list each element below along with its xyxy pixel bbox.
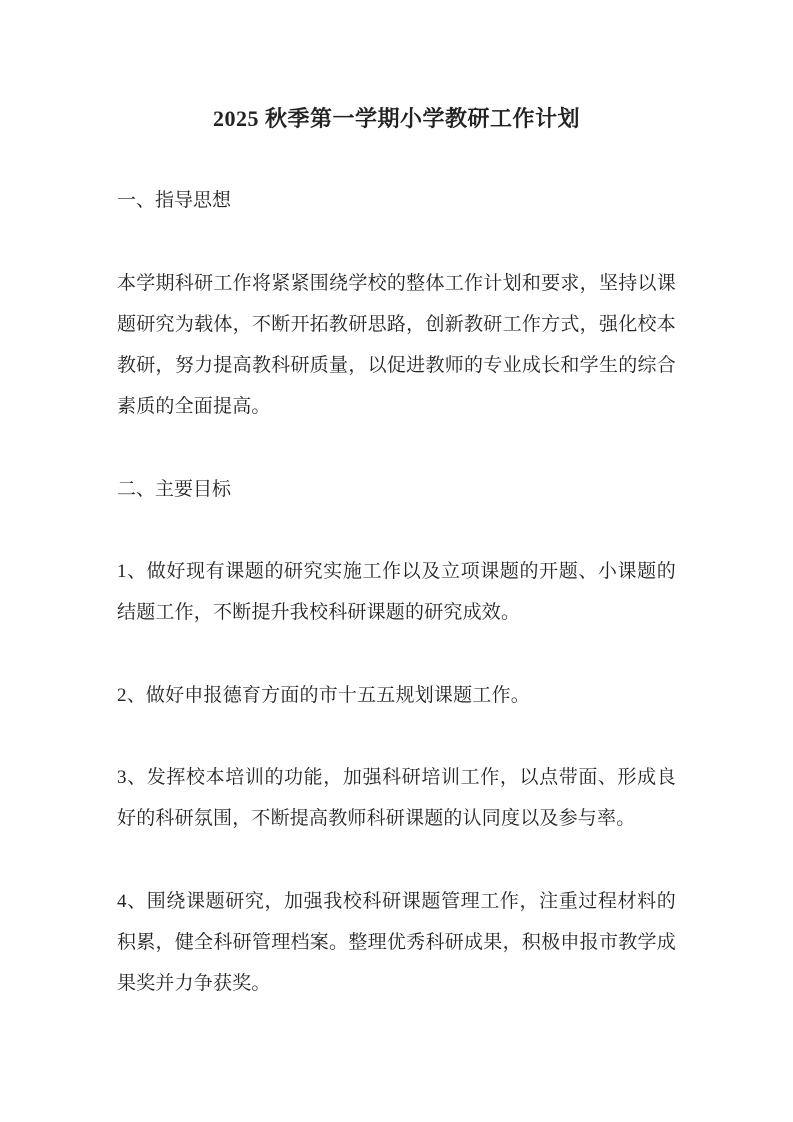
goal-item-3: 3、发挥校本培训的功能，加强科研培训工作，以点带面、形成良好的科研氛围，不断提高… <box>117 757 676 840</box>
goal-item-1: 1、做好现有课题的研究实施工作以及立项课题的开题、小课题的结题工作，不断提升我校… <box>117 551 676 634</box>
goal-item-4: 4、围绕课题研究，加强我校科研课题管理工作，注重过程材料的积累，健全科研管理档案… <box>117 881 676 1005</box>
goal-item-2: 2、做好申报德育方面的市十五五规划课题工作。 <box>117 675 676 716</box>
section-heading-main-goals: 二、主要目标 <box>117 469 676 510</box>
paragraph-guiding-ideology: 本学期科研工作将紧紧围绕学校的整体工作计划和要求，坚持以课题研究为载体，不断开拓… <box>117 263 676 428</box>
section-heading-guiding-ideology: 一、指导思想 <box>117 180 676 221</box>
document-title: 2025 秋季第一学期小学教研工作计划 <box>117 98 676 139</box>
document-page: 2025 秋季第一学期小学教研工作计划 一、指导思想 本学期科研工作将紧紧围绕学… <box>0 0 793 1122</box>
